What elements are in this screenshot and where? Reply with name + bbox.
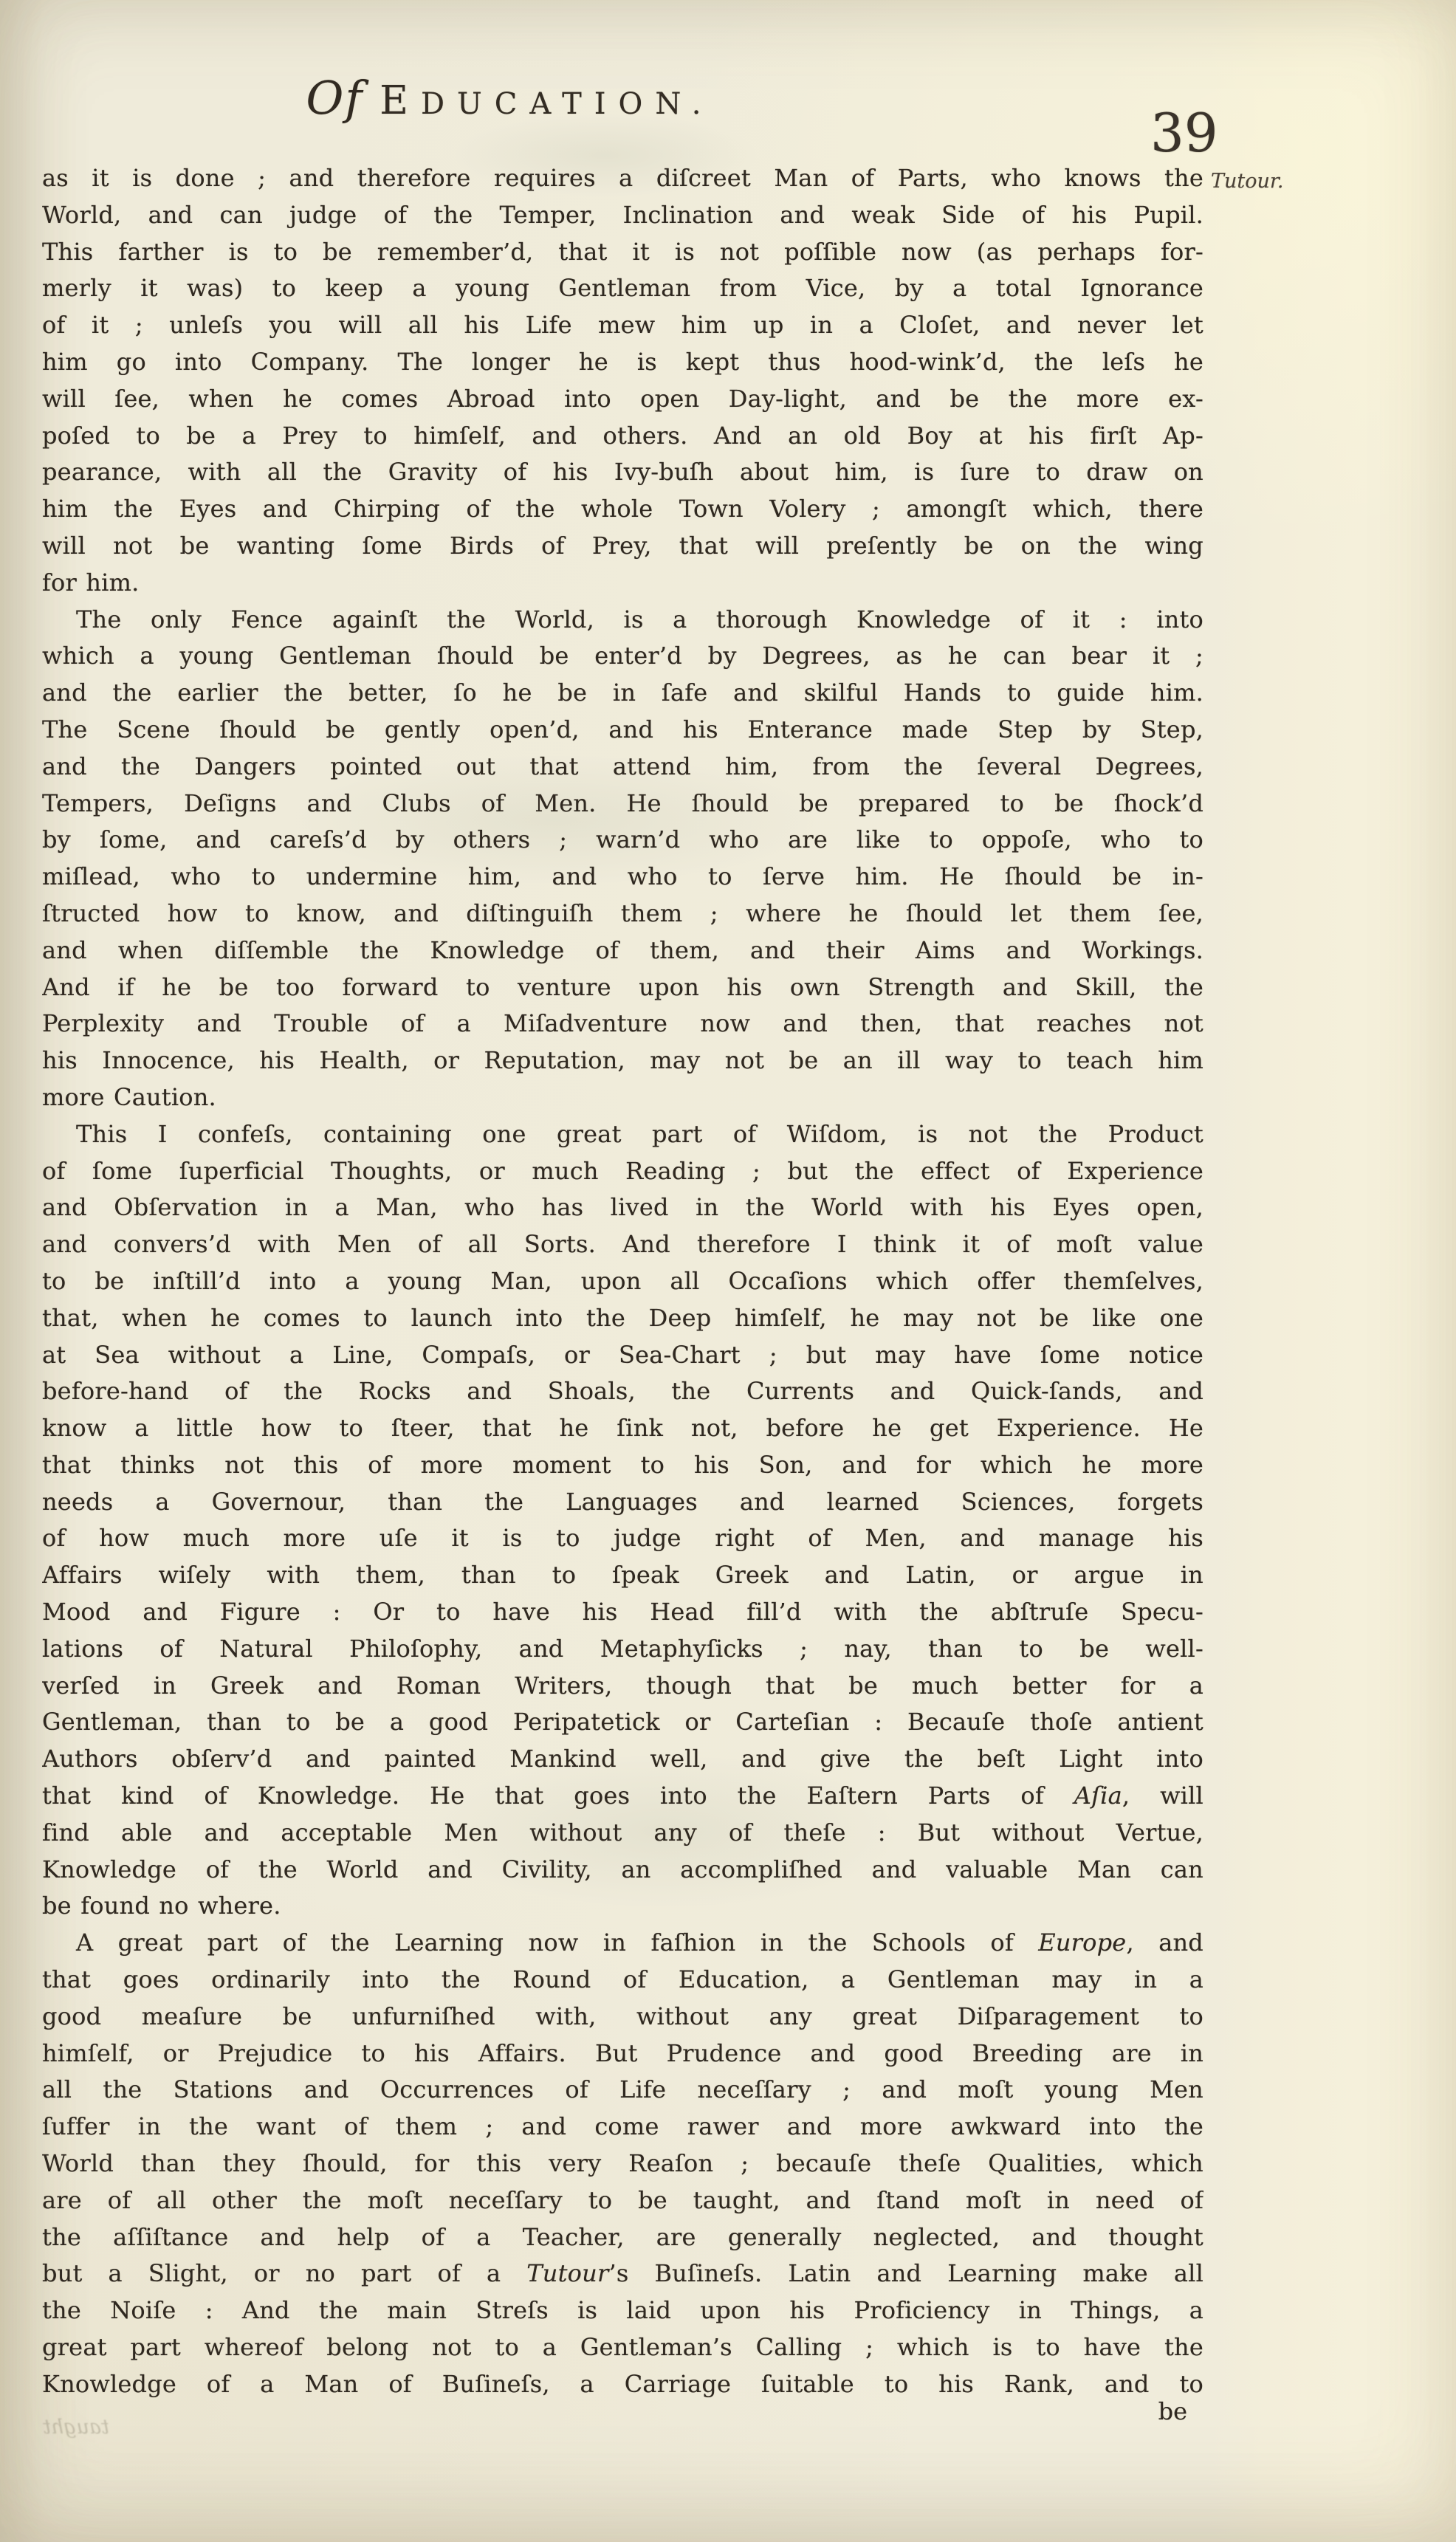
text-line: and Obſervation in a Man, who has lived … — [42, 1189, 1203, 1226]
text-line: of how much more uſe it is to judge righ… — [42, 1520, 1203, 1557]
text-line: This I confeſs, containing one great par… — [42, 1116, 1203, 1153]
text-line: the Noiſe : And the main Streſs is laid … — [42, 2292, 1203, 2329]
text-line: Authors obſerv’d and painted Mankind wel… — [42, 1741, 1203, 1778]
text-line: ſtructed how to know, and diſtinguiſh th… — [42, 896, 1203, 932]
text-line: Knowledge of the World and Civility, an … — [42, 1852, 1203, 1889]
text-segment: are of all other the moſt neceſſary to b… — [42, 2186, 1203, 2214]
text-line: will ſee, when he comes Abroad into open… — [42, 381, 1203, 418]
text-segment: know a little how to ſteer, that he ſink… — [42, 1414, 1203, 1442]
text-segment: pearance, with all the Gravity of his Iv… — [42, 458, 1203, 486]
text-line: miſlead, who to undermine him, and who t… — [42, 859, 1203, 896]
text-segment: that, when he comes to launch into the D… — [42, 1304, 1203, 1332]
text-segment: needs a Governour, than the Languages an… — [42, 1488, 1203, 1516]
text-line: that kind of Knowledge. He that goes int… — [42, 1778, 1203, 1815]
text-segment: World, and can judge of the Temper, Incl… — [42, 201, 1203, 229]
text-line: him the Eyes and Chirping of the whole T… — [42, 491, 1203, 528]
text-line: of it ; unleſs you will all his Life mew… — [42, 307, 1203, 344]
text-segment: This I confeſs, containing one great par… — [76, 1120, 1203, 1148]
text-segment: poſed to be a Prey to himſelf, and other… — [42, 422, 1203, 450]
text-segment: Affairs wiſely with them, than to ſpeak … — [42, 1561, 1203, 1589]
text-segment: and the Dangers pointed out that attend … — [42, 752, 1203, 780]
text-segment: more Caution. — [42, 1083, 216, 1111]
text-line: Tempers, Deſigns and Clubs of Men. He ſh… — [42, 786, 1203, 822]
text-line: And if he be too forward to venture upon… — [42, 969, 1203, 1006]
text-line: of ſome ſuperficial Thoughts, or much Re… — [42, 1153, 1203, 1190]
page-header: OfEDUCATION. — [42, 71, 1203, 125]
text-segment: ’s Buſineſs. Latin and Learning make all — [608, 2259, 1203, 2287]
text-line: that goes ordinarily into the Round of E… — [42, 1962, 1203, 1999]
page-title-of: Of — [306, 71, 364, 125]
text-segment: good meaſure be unfurniſhed with, withou… — [42, 2002, 1203, 2030]
text-line: to be inſtill’d into a young Man, upon a… — [42, 1263, 1203, 1300]
text-segment: ſuffer in the want of them ; and come ra… — [42, 2112, 1203, 2140]
text-line: The only Fence againſt the World, is a t… — [42, 602, 1203, 639]
text-segment: of it ; unleſs you will all his Life mew… — [42, 311, 1203, 339]
text-line: for him. — [42, 565, 1203, 602]
text-line: Affairs wiſely with them, than to ſpeak … — [42, 1557, 1203, 1594]
text-line: and when diſſemble the Knowledge of them… — [42, 932, 1203, 969]
text-segment: , will — [1122, 1782, 1203, 1810]
text-block: as it is done ; and therefore requires a… — [42, 160, 1203, 2403]
text-line: know a little how to ſteer, that he ſink… — [42, 1410, 1203, 1447]
text-segment: him go into Company. The longer he is ke… — [42, 348, 1203, 376]
text-segment: This farther is to be remember’d, that i… — [42, 238, 1203, 266]
text-line: World, and can judge of the Temper, Incl… — [42, 197, 1203, 234]
text-segment: The only Fence againſt the World, is a t… — [76, 605, 1203, 633]
margin-note: Tutour. — [1211, 170, 1322, 193]
text-line: will not be wanting ſome Birds of Prey, … — [42, 528, 1203, 565]
text-segment: World than they ſhould, for this very Re… — [42, 2149, 1203, 2177]
text-segment: Gentleman, than to be a good Peripatetic… — [42, 1708, 1203, 1736]
text-segment: that kind of Knowledge. He that goes int… — [42, 1782, 1074, 1810]
text-segment: at Sea without a Line, Compaſs, or Sea-C… — [42, 1341, 1203, 1369]
text-segment: be found no where. — [42, 1892, 281, 1920]
text-line: before-hand of the Rocks and Shoals, the… — [42, 1373, 1203, 1410]
text-segment: miſlead, who to undermine him, and who t… — [42, 862, 1203, 890]
text-line: that thinks not this of more moment to h… — [42, 1447, 1203, 1484]
text-segment: his Innocence, his Health, or Reputation… — [42, 1046, 1203, 1074]
text-segment: to be inſtill’d into a young Man, upon a… — [42, 1267, 1203, 1295]
text-line: more Caution. — [42, 1079, 1203, 1116]
text-line: the aſſiſtance and help of a Teacher, ar… — [42, 2219, 1203, 2256]
catchword: be — [42, 2394, 1203, 2431]
text-segment: great part whereof belong not to a Gentl… — [42, 2333, 1203, 2361]
text-segment: of ſome ſuperficial Thoughts, or much Re… — [42, 1157, 1203, 1185]
text-line: pearance, with all the Gravity of his Iv… — [42, 454, 1203, 491]
text-segment: which a young Gentleman ſhould be enter’… — [42, 642, 1203, 670]
text-line: and the earlier the better, ſo he be in … — [42, 675, 1203, 712]
text-segment: , and — [1126, 1928, 1203, 1957]
text-line: lations of Natural Philoſophy, and Metap… — [42, 1631, 1203, 1668]
text-segment: the Noiſe : And the main Streſs is laid … — [42, 2296, 1203, 2324]
text-segment: And if he be too forward to venture upon… — [42, 973, 1203, 1001]
text-line: verſed in Greek and Roman Writers, thoug… — [42, 1668, 1203, 1705]
text-line: and the Dangers pointed out that attend … — [42, 749, 1203, 786]
text-segment: and Obſervation in a Man, who has lived … — [42, 1193, 1203, 1221]
text-segment: ſtructed how to know, and diſtinguiſh th… — [42, 899, 1203, 927]
text-line: be found no where. — [42, 1888, 1203, 1925]
text-segment: verſed in Greek and Roman Writers, thoug… — [42, 1672, 1203, 1700]
text-segment: that thinks not this of more moment to h… — [42, 1451, 1203, 1479]
text-segment: and the earlier the better, ſo he be in … — [42, 679, 1203, 707]
text-segment: of how much more uſe it is to judge righ… — [42, 1524, 1203, 1552]
text-segment: but a Slight, or no part of a — [42, 2259, 526, 2287]
text-line: and convers’d with Men of all Sorts. And… — [42, 1226, 1203, 1263]
text-segment: by ſome, and careſs’d by others ; warn’d… — [42, 825, 1203, 853]
text-segment: will ſee, when he comes Abroad into open… — [42, 385, 1203, 413]
text-line: him go into Company. The longer he is ke… — [42, 344, 1203, 381]
text-segment: him the Eyes and Chirping of the whole T… — [42, 495, 1203, 523]
text-segment: will not be wanting ſome Birds of Prey, … — [42, 532, 1203, 560]
text-line: as it is done ; and therefore requires a… — [42, 160, 1203, 197]
text-line: The Scene ſhould be gently open’d, and h… — [42, 712, 1203, 749]
italic-text: Tutour — [526, 2259, 608, 2287]
page-number: 39 — [1150, 102, 1218, 164]
text-line: poſed to be a Prey to himſelf, and other… — [42, 418, 1203, 455]
text-line: merly it was) to keep a young Gentleman … — [42, 270, 1203, 307]
italic-text: Aſia — [1074, 1782, 1122, 1810]
text-segment: The Scene ſhould be gently open’d, and h… — [42, 715, 1203, 743]
text-line: Mood and Figure : Or to have his Head fi… — [42, 1594, 1203, 1631]
text-segment: Perplexity and Trouble of a Miſadventure… — [42, 1009, 1203, 1037]
text-line: are of all other the moſt neceſſary to b… — [42, 2182, 1203, 2219]
text-segment: Authors obſerv’d and painted Mankind wel… — [42, 1745, 1203, 1773]
text-segment: A great part of the Learning now in faſh… — [76, 1928, 1038, 1957]
text-line: that, when he comes to launch into the D… — [42, 1300, 1203, 1337]
text-segment: Tempers, Deſigns and Clubs of Men. He ſh… — [42, 789, 1203, 817]
text-segment: before-hand of the Rocks and Shoals, the… — [42, 1377, 1203, 1405]
text-line: by ſome, and careſs’d by others ; warn’d… — [42, 822, 1203, 859]
text-line: but a Slight, or no part of a Tutour’s B… — [42, 2256, 1203, 2292]
text-segment: merly it was) to keep a young Gentleman … — [42, 274, 1203, 302]
text-segment: Knowledge of the World and Civility, an … — [42, 1855, 1203, 1883]
text-line: Gentleman, than to be a good Peripatetic… — [42, 1704, 1203, 1741]
text-line: good meaſure be unfurniſhed with, withou… — [42, 1999, 1203, 2036]
text-line: This farther is to be remember’d, that i… — [42, 234, 1203, 271]
text-line: needs a Governour, than the Languages an… — [42, 1484, 1203, 1521]
text-segment: himſelf, or Prejudice to his Affairs. Bu… — [42, 2039, 1203, 2067]
text-segment: lations of Natural Philoſophy, and Metap… — [42, 1635, 1203, 1663]
text-segment: that goes ordinarily into the Round of E… — [42, 1965, 1203, 1993]
text-line: A great part of the Learning now in faſh… — [42, 1925, 1203, 1962]
text-line: all the Stations and Occurrences of Life… — [42, 2072, 1203, 2109]
text-line: World than they ſhould, for this very Re… — [42, 2146, 1203, 2182]
text-segment: the aſſiſtance and help of a Teacher, ar… — [42, 2223, 1203, 2251]
text-line: which a young Gentleman ſhould be enter’… — [42, 638, 1203, 675]
text-segment: as it is done ; and therefore requires a… — [42, 164, 1203, 192]
text-segment: find able and acceptable Men without any… — [42, 1818, 1203, 1847]
text-segment: Mood and Figure : Or to have his Head fi… — [42, 1598, 1203, 1626]
text-segment: all the Stations and Occurrences of Life… — [42, 2075, 1203, 2103]
text-line: his Innocence, his Health, or Reputation… — [42, 1042, 1203, 1079]
text-line: ſuffer in the want of them ; and come ra… — [42, 2109, 1203, 2146]
text-line: himſelf, or Prejudice to his Affairs. Bu… — [42, 2036, 1203, 2072]
text-segment: for him. — [42, 568, 140, 597]
text-segment: and convers’d with Men of all Sorts. And… — [42, 1230, 1203, 1258]
italic-text: Europe — [1038, 1928, 1126, 1957]
text-line: great part whereof belong not to a Gentl… — [42, 2329, 1203, 2366]
text-line: find able and acceptable Men without any… — [42, 1815, 1203, 1852]
text-line: Perplexity and Trouble of a Miſadventure… — [42, 1006, 1203, 1042]
text-segment: and when diſſemble the Knowledge of them… — [42, 936, 1203, 964]
text-line: at Sea without a Line, Compaſs, or Sea-C… — [42, 1337, 1203, 1374]
page-title-education: EDUCATION. — [380, 78, 713, 123]
